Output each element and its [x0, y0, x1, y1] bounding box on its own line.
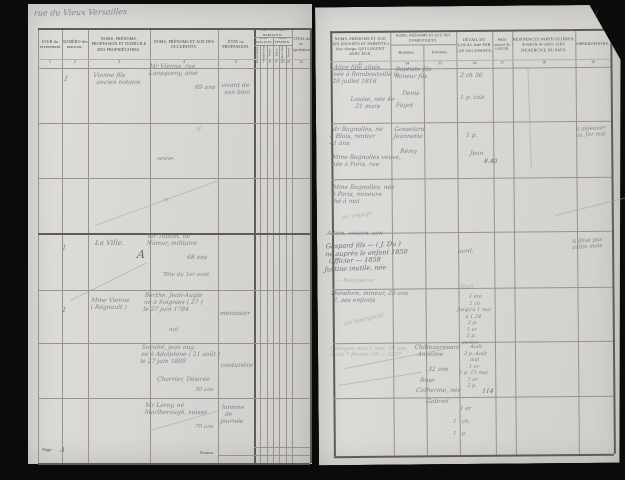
grid-line: [38, 28, 310, 30]
column-number: 12: [299, 60, 303, 64]
grid-line: [267, 45, 268, 463]
grid-line: [575, 29, 580, 454]
column-number: 6: [256, 60, 258, 64]
grid-line: [310, 28, 312, 463]
column-header-femmes: Femmes.: [423, 46, 456, 58]
column-header-jour: JOUR du recensement.: [38, 29, 62, 59]
grid-line: [38, 68, 310, 69]
grid-line: [332, 287, 612, 290]
column-number: 4: [183, 60, 185, 64]
column-header-occupants: NOMS, PRÉNOMS ET AGE DES OCCUPANTS.: [151, 29, 217, 59]
column-number: 18: [542, 60, 546, 64]
column-number: 10: [281, 60, 285, 64]
column-number: 9: [275, 60, 277, 64]
etat-civil-subcolumn-text: Veufs.: [268, 48, 272, 57]
grid-line: [332, 177, 612, 180]
footer-page-label: Page: [36, 445, 58, 454]
etat-civil-subcolumn-text: Garçons.: [255, 46, 259, 58]
grid-line: [331, 121, 611, 124]
grid-line: [38, 398, 310, 399]
grid-line: [38, 123, 310, 124]
column-header-etat: ÉTAT ou PROFESSION.: [218, 29, 254, 59]
grid-line: [330, 31, 335, 456]
column-number: 17: [501, 60, 505, 64]
column-header-residences: RÉSIDENCES PARTICULIÈRES; domicile de dr…: [512, 30, 575, 59]
grid-line: [273, 37, 274, 463]
etat-civil-subcolumn-label: Veuves.: [286, 45, 292, 59]
grid-line: [260, 45, 261, 463]
grid-line: [610, 29, 615, 454]
column-number: 13: [359, 61, 363, 65]
etat-civil-subcolumn-text: Veuves.: [287, 47, 291, 58]
grid-line: [423, 44, 427, 455]
column-number: 15: [438, 61, 442, 65]
grid-line: [279, 45, 280, 463]
column-number: 11: [287, 60, 291, 64]
column-number: 1: [49, 60, 51, 64]
grid-line: [286, 45, 287, 463]
column-header-total: TOTAL de la population.: [292, 29, 310, 59]
grid-line: [38, 343, 310, 344]
column-number: 16: [473, 60, 477, 64]
grid-line: [334, 454, 614, 458]
column-header-detail-local: DÉTAIL DU LOCAL loué PAR LES OCCUPANTS.: [456, 31, 492, 59]
etat-civil-subcolumn-text: Hommes mariés.: [261, 45, 265, 59]
grid-line: [332, 231, 612, 234]
grid-line: [390, 31, 395, 456]
register-right-page: NOMS, PRÉNOMS ET AGE DES ENFANTS ET PARE…: [315, 5, 624, 466]
grid-line: [254, 37, 292, 38]
register-left-page: JOUR du recensement. NUMÉRO des maisons.…: [28, 4, 312, 464]
grid-line: [333, 341, 613, 344]
scanned-register-viewport: JOUR du recensement. NUMÉRO des maisons.…: [0, 0, 625, 480]
column-header-sexe-masculin: SEXE MASCULIN.: [254, 37, 273, 45]
grid-line: [512, 30, 517, 455]
grid-line: [492, 30, 497, 455]
column-header-proprietaires: NOMS, PRÉNOMS, PROFESSION ET DOMICILE DE…: [89, 29, 149, 59]
grid-line: [456, 30, 461, 455]
etat-civil-subcolumn-text: Filles.: [274, 48, 278, 57]
column-header-sexe-feminin: SEXE FÉMININ.: [273, 37, 292, 45]
grid-line: [254, 447, 310, 448]
grid-line: [331, 67, 611, 70]
grid-line: [333, 396, 613, 399]
grid-line: [38, 178, 310, 179]
column-header-enfants: NOMS, PRÉNOMS ET AGE DES ENFANTS ET PARE…: [330, 32, 390, 61]
grid-line: [38, 463, 310, 465]
column-header-hommes: Hommes.: [390, 46, 423, 58]
column-header-observations: OBSERVATIONS.: [575, 30, 610, 58]
column-number: 7: [263, 60, 265, 64]
column-header-numero: NUMÉRO des maisons.: [62, 29, 88, 59]
column-number: 14: [405, 61, 409, 65]
column-number: 5: [235, 60, 237, 64]
column-header-domestiques-group: NOMS, PRÉNOMS ET AGE DES DOMESTIQUES.: [390, 31, 456, 45]
grid-line: [218, 455, 310, 456]
column-header-prix-loyer: PRIX annuel du LOYER.: [492, 31, 512, 59]
grid-line: [38, 233, 310, 235]
column-number: 3: [118, 60, 120, 64]
column-number: 19: [591, 59, 595, 63]
grid-line: [38, 290, 310, 291]
column-number: 8: [269, 60, 271, 64]
column-number: 2: [74, 60, 76, 64]
etat-civil-subcolumn-text: Femmes mariées.: [280, 45, 284, 59]
